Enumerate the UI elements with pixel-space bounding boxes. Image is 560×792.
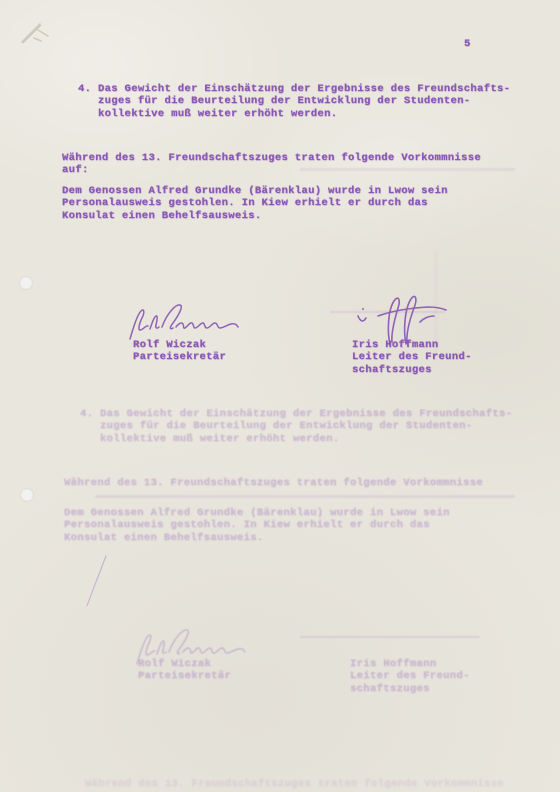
text-line: 4. Das Gewicht der Einschätzung der Erge…: [78, 83, 510, 95]
ghost-text-line: kollektive muß weiter erhöht werden.: [80, 433, 339, 445]
ink-smear: [300, 168, 515, 171]
page-number: 5: [464, 38, 471, 50]
signer-title: Parteisekretär: [133, 351, 226, 363]
text-line: Während des 13. Freundschaftszuges trate…: [62, 152, 481, 164]
ghost-text-line: Dem Genossen Alfred Grundke (Bärenklau) …: [64, 507, 450, 519]
text-line: kollektive muß weiter erhöht werden.: [78, 108, 337, 120]
text-line: Dem Genossen Alfred Grundke (Bärenklau) …: [62, 185, 448, 197]
signer-title: Leiter des Freund-: [352, 351, 472, 363]
text-line: Konsulat einen Behelfsausweis.: [62, 210, 262, 222]
ghost-text-line: 4. Das Gewicht der Einschätzung der Erge…: [80, 408, 512, 420]
signer-name: Iris Hoffmann: [352, 339, 438, 351]
ghost-text-line: zuges für die Beurteilung der Entwicklun…: [80, 420, 472, 432]
ghost-signer-name: Iris Hoffmann: [350, 658, 436, 670]
signer-name: Rolf Wiczak: [133, 339, 206, 351]
punch-hole: [19, 276, 33, 290]
punch-hole: [20, 488, 34, 502]
signer-title: schaftszuges: [352, 364, 432, 376]
ink-smear: [300, 636, 480, 638]
ink-smear: [95, 495, 515, 498]
ghost-text-line: Während des 13. Freundschaftszuges trate…: [85, 778, 504, 790]
ghost-signer-name: Rolf Wiczak: [138, 658, 211, 670]
ghost-signer-title: Leiter des Freund-: [350, 670, 470, 682]
stray-pen-stroke: [82, 552, 112, 610]
ghost-signer-title: schaftszuges: [350, 683, 430, 695]
ghost-signer-title: Parteisekretär: [138, 670, 231, 682]
ghost-text-line: Personalausweis gestohlen. In Kiew erhie…: [64, 519, 430, 531]
ghost-text-line: Konsulat einen Behelfsausweis.: [64, 532, 264, 544]
text-line: Personalausweis gestohlen. In Kiew erhie…: [62, 197, 428, 209]
crease-mark: [14, 10, 74, 55]
rolf-wiczak-signature: [126, 303, 241, 341]
text-line: auf:: [62, 164, 89, 176]
ghost-text-line: Während des 13. Freundschaftszuges trate…: [64, 477, 483, 489]
text-line: zuges für die Beurteilung der Entwicklun…: [78, 95, 470, 107]
scanned-document-page: 5 4. Das Gewicht der Einschätzung der Er…: [0, 0, 560, 792]
